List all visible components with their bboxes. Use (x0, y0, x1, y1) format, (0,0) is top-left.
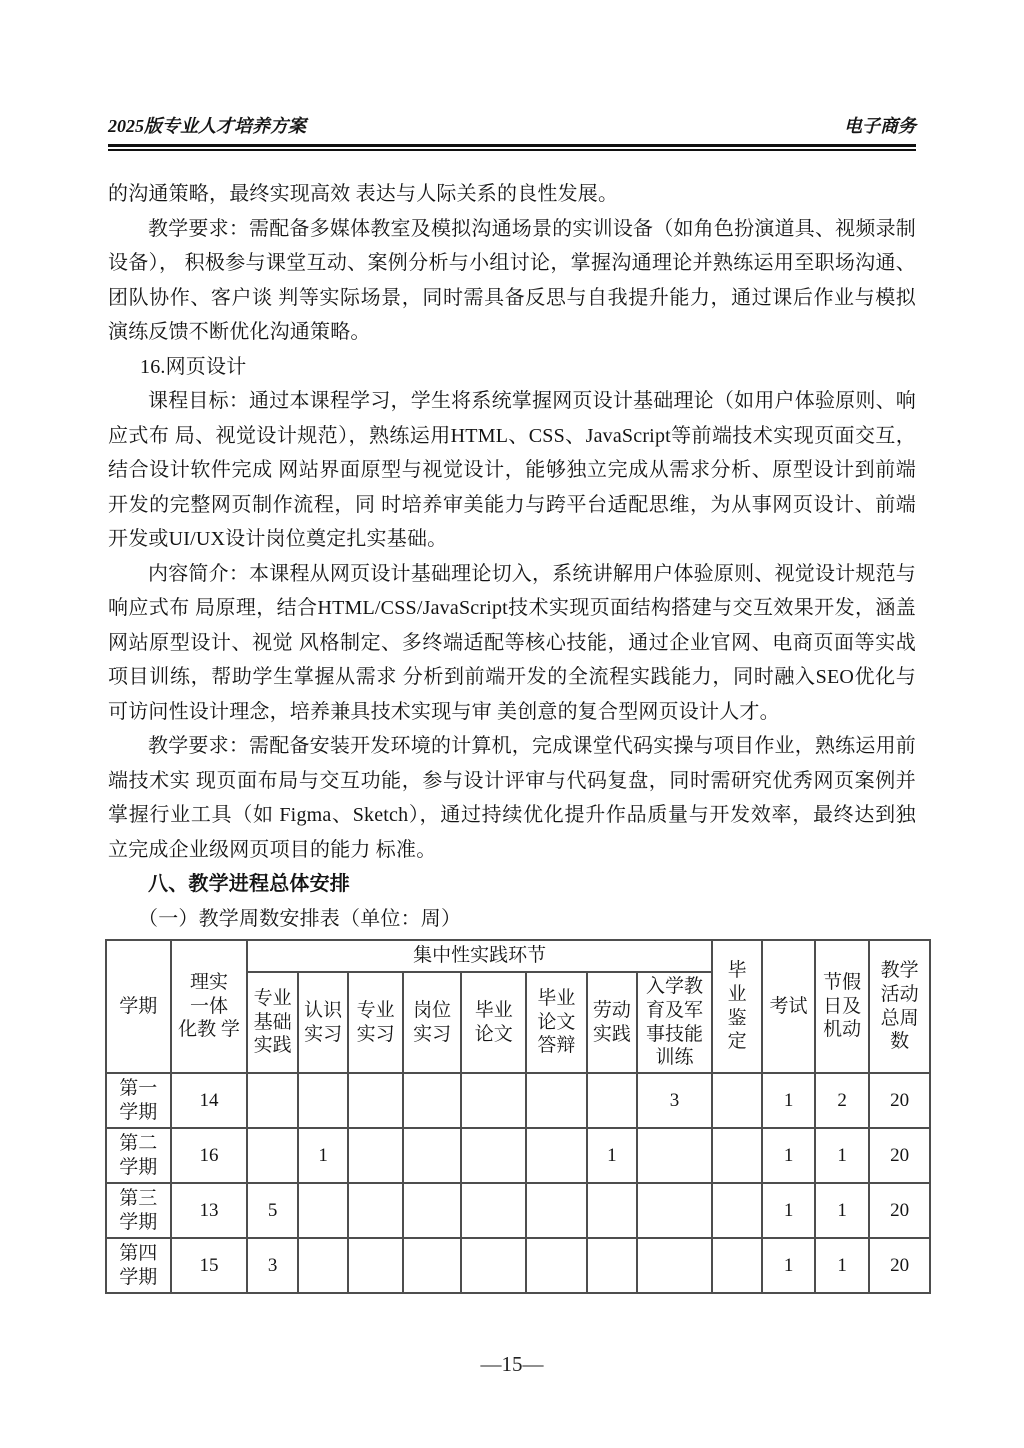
body-content: 的沟通策略，最终实现高效 表达与人际关系的良性发展。 教学要求：需配备多媒体教室… (108, 151, 916, 1294)
row-label-cell: 第二 学期 (106, 1128, 171, 1183)
data-cell (637, 1183, 712, 1238)
data-cell (712, 1073, 762, 1128)
teaching-weeks-table: 学期 理实 一体 化教 学 集中性实践环节 毕 业 鉴 定 考试 节假 日及 机… (105, 939, 931, 1294)
data-cell (461, 1238, 526, 1293)
section-heading: 八、教学进程总体安排 (108, 867, 916, 902)
data-cell (526, 1128, 587, 1183)
col-header-enrollment-military-training: 入学教 育及军 事技能 训练 (637, 972, 712, 1073)
data-cell (637, 1128, 712, 1183)
paragraph-course-goal: 课程目标：通过本课程学习，学生将系统掌握网页设计基础理论（如用户体验原则、响应式… (108, 384, 916, 557)
row-label-cell: 第四 学期 (106, 1238, 171, 1293)
data-cell: 20 (869, 1128, 930, 1183)
page-number: —15— (0, 1352, 1024, 1377)
data-cell (403, 1128, 462, 1183)
data-cell: 1 (587, 1128, 637, 1183)
table-caption: （一）教学周数安排表（单位：周） (108, 902, 916, 937)
data-cell (298, 1238, 348, 1293)
data-cell: 3 (247, 1238, 297, 1293)
course-16-title: 16.网页设计 (108, 350, 916, 385)
group-header-practice: 集中性实践环节 (247, 940, 711, 972)
data-cell (403, 1073, 462, 1128)
data-cell: 13 (171, 1183, 248, 1238)
col-header-exam: 考试 (762, 940, 815, 1073)
data-cell: 16 (171, 1128, 248, 1183)
data-cell: 1 (815, 1128, 870, 1183)
data-cell (247, 1128, 297, 1183)
col-header-integrated-teaching: 理实 一体 化教 学 (171, 940, 248, 1073)
data-cell (247, 1073, 297, 1128)
data-cell (587, 1183, 637, 1238)
document-page: 2025版专业人才培养方案 电子商务 的沟通策略，最终实现高效 表达与人际关系的… (0, 0, 1024, 1448)
data-cell (526, 1238, 587, 1293)
paragraph-communication-requirements: 教学要求：需配备多媒体教室及模拟沟通场景的实训设备（如角色扮演道具、视频录制设备… (108, 212, 916, 350)
data-cell: 1 (815, 1183, 870, 1238)
data-cell (403, 1183, 462, 1238)
data-cell (348, 1238, 403, 1293)
data-cell: 5 (247, 1183, 297, 1238)
header-rule-top (108, 144, 916, 147)
running-header: 2025版专业人才培养方案 电子商务 (108, 112, 916, 144)
header-right-title: 电子商务 (844, 112, 916, 138)
table-row-semester-2: 第二 学期 16 1 1 1 1 20 (106, 1128, 930, 1183)
col-header-total-weeks: 教学 活动 总周 数 (869, 940, 930, 1073)
col-header-thesis-defense: 毕业 论文 答辩 (526, 972, 587, 1073)
data-cell: 1 (762, 1238, 815, 1293)
data-cell (712, 1238, 762, 1293)
data-cell (348, 1128, 403, 1183)
col-header-professional-basic-practice: 专业 基础 实践 (247, 972, 297, 1073)
data-cell: 20 (869, 1073, 930, 1128)
data-cell (348, 1073, 403, 1128)
data-cell (348, 1183, 403, 1238)
row-label-cell: 第一 学期 (106, 1073, 171, 1128)
data-cell: 1 (298, 1128, 348, 1183)
data-cell (526, 1183, 587, 1238)
col-header-holiday-flexible: 节假 日及 机动 (815, 940, 870, 1073)
col-header-graduation-thesis: 毕业 论文 (461, 972, 526, 1073)
col-header-labor-practice: 劳动 实践 (587, 972, 637, 1073)
paragraph-continued: 的沟通策略，最终实现高效 表达与人际关系的良性发展。 (108, 177, 916, 212)
data-cell (712, 1183, 762, 1238)
data-cell: 2 (815, 1073, 870, 1128)
data-cell (587, 1238, 637, 1293)
data-cell: 1 (762, 1073, 815, 1128)
paragraph-course-intro: 内容简介：本课程从网页设计基础理论切入，系统讲解用户体验原则、视觉设计规范与响应… (108, 557, 916, 730)
data-cell: 15 (171, 1238, 248, 1293)
data-cell: 3 (637, 1073, 712, 1128)
col-header-professional-internship: 专业 实习 (348, 972, 403, 1073)
data-cell (461, 1073, 526, 1128)
data-cell: 1 (762, 1183, 815, 1238)
col-header-semester: 学期 (106, 940, 171, 1073)
data-cell (461, 1128, 526, 1183)
data-cell (298, 1183, 348, 1238)
data-cell: 20 (869, 1238, 930, 1293)
data-cell: 1 (762, 1128, 815, 1183)
data-cell (712, 1128, 762, 1183)
data-cell (298, 1073, 348, 1128)
table-row-semester-3: 第三 学期 13 5 1 1 20 (106, 1183, 930, 1238)
table-row-semester-4: 第四 学期 15 3 1 1 20 (106, 1238, 930, 1293)
table-header-row-1: 学期 理实 一体 化教 学 集中性实践环节 毕 业 鉴 定 考试 节假 日及 机… (106, 940, 930, 972)
data-cell: 1 (815, 1238, 870, 1293)
data-cell (461, 1183, 526, 1238)
data-cell (637, 1238, 712, 1293)
paragraph-course-requirements: 教学要求：需配备安装开发环境的计算机，完成课堂代码实操与项目作业，熟练运用前端技… (108, 729, 916, 867)
data-cell (403, 1238, 462, 1293)
col-header-post-internship: 岗位 实习 (403, 972, 462, 1073)
data-cell (587, 1073, 637, 1128)
col-header-graduation-appraisal: 毕 业 鉴 定 (712, 940, 762, 1073)
data-cell: 20 (869, 1183, 930, 1238)
data-cell: 14 (171, 1073, 248, 1128)
table-row-semester-1: 第一 学期 14 3 1 2 20 (106, 1073, 930, 1128)
row-label-cell: 第三 学期 (106, 1183, 171, 1238)
data-cell (526, 1073, 587, 1128)
col-header-cognition-internship: 认识 实习 (298, 972, 348, 1073)
header-left-title: 2025版专业人才培养方案 (108, 112, 306, 138)
